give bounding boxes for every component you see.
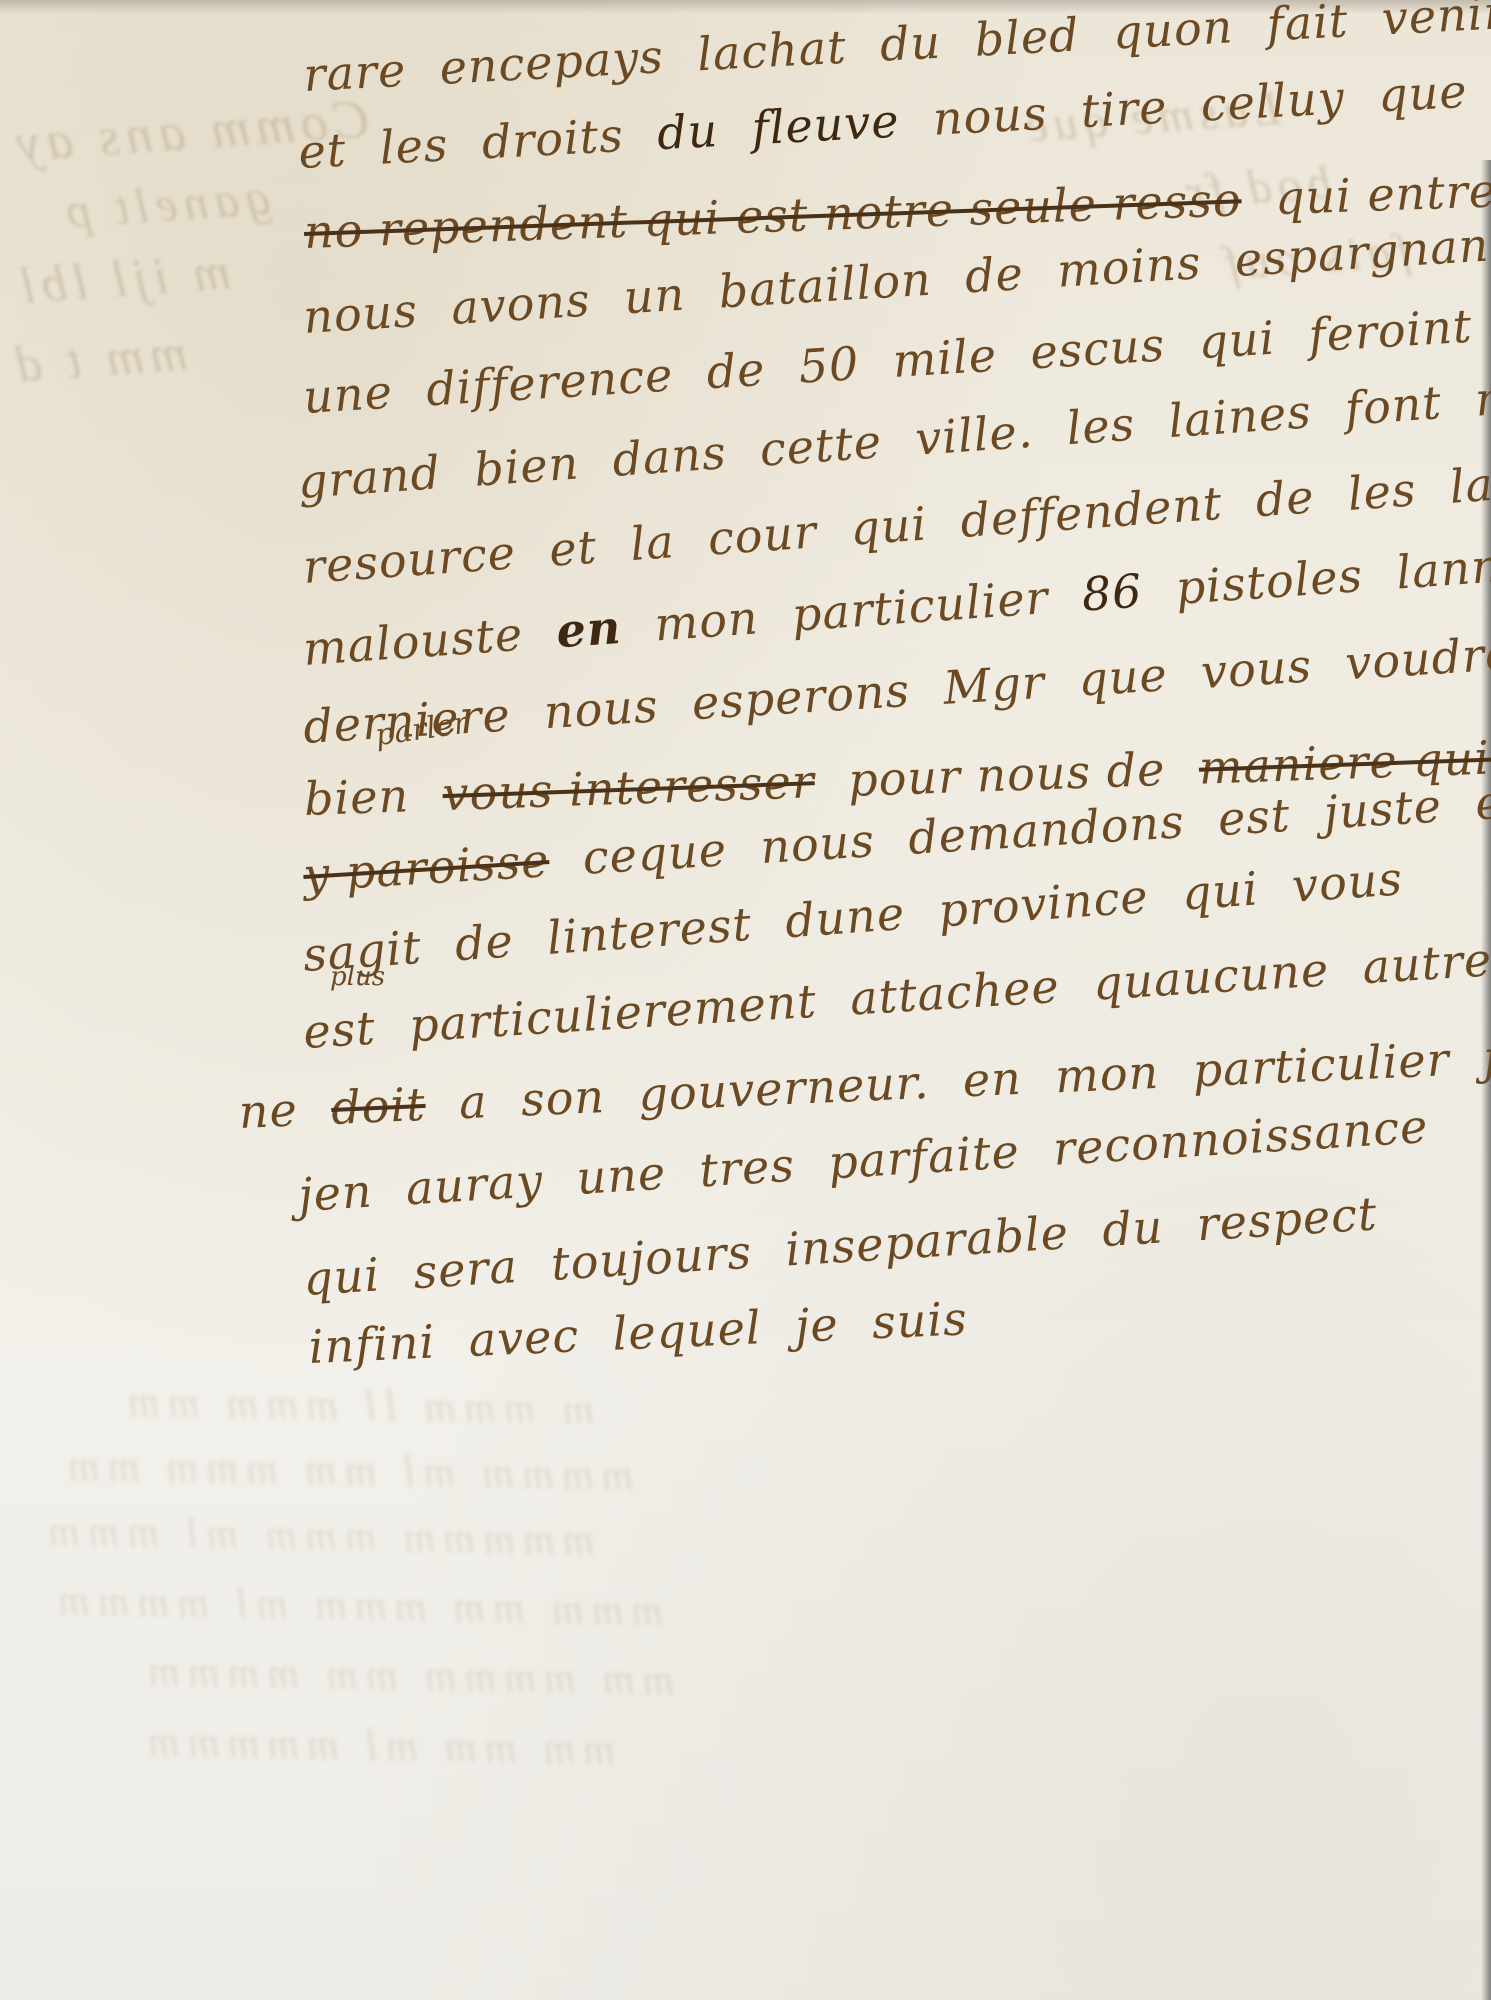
interlinear-insertion: plus [330,962,385,992]
manuscript-body: rare encepays lachat du bled quon fait v… [0,0,1491,2000]
struck-text: vous interesser [442,754,816,821]
struck-text: doit [330,1077,427,1135]
struck-text: y paroisse [302,833,551,902]
manuscript-line-17: infini avec lequel je suis [308,1291,987,1374]
